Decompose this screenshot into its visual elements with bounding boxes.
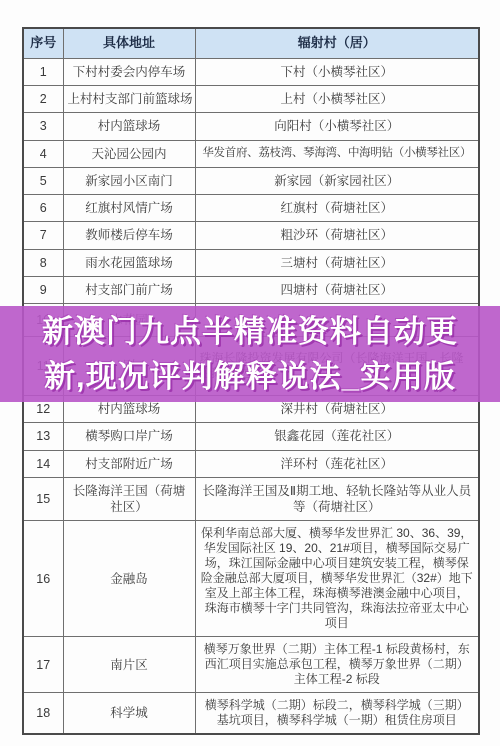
row-number-cell: 7 (23, 222, 63, 249)
row-number-cell: 13 (23, 423, 63, 450)
village-cell: 向阳村（小横琴社区） (195, 113, 479, 140)
table-row: 18 科学城 横琴科学城（二期）标段二，横琴科学城（三期）基坑项目，横琴科学城（… (23, 693, 479, 735)
address-cell: 长隆海洋王国（荷塘社区） (63, 477, 195, 521)
row-number-cell: 6 (23, 195, 63, 222)
row-number-cell: 14 (23, 450, 63, 477)
village-cell: 横琴科学城（二期）标段二，横琴科学城（三期）基坑项目，横琴科学城（一期）租赁住房… (195, 693, 479, 735)
table-row: 8 雨水花园篮球场 三塘村（荷塘社区） (23, 249, 479, 276)
table-row: 2 上村村支部门前篮球场 上村（小横琴社区） (23, 86, 479, 113)
village-cell: 上村（小横琴社区） (195, 86, 479, 113)
address-cell: 南片区 (63, 637, 195, 693)
table-row: 7 教师楼后停车场 粗沙环（荷塘社区） (23, 222, 479, 249)
village-cell: 华发首府、荔枝湾、琴海湾、中海明钻（小横琴社区） (195, 140, 479, 167)
row-number-cell: 4 (23, 140, 63, 167)
table-row: 9 村支部门前广场 四塘村（荷塘社区） (23, 276, 479, 303)
column-header-no: 序号 (23, 28, 63, 58)
village-cell: 洋环村（莲花社区） (195, 450, 479, 477)
village-cell: 三塘村（荷塘社区） (195, 249, 479, 276)
village-cell: 横琴万象世界（二期）主体工程-1 标段黄杨村，东西汇项目实施总承包工程，横琴万象… (195, 637, 479, 693)
row-number-cell: 15 (23, 477, 63, 521)
promo-banner-line1: 新澳门九点半精准资料自动更 (42, 309, 458, 354)
address-cell: 村支部附近广场 (63, 450, 195, 477)
address-cell: 新家园小区南门 (63, 167, 195, 194)
row-number-cell: 9 (23, 276, 63, 303)
village-cell: 红旗村（荷塘社区） (195, 195, 479, 222)
column-header-village: 辐射村（居） (195, 28, 479, 58)
page: 序号 具体地址 辐射村（居） 1 下村村委会内停车场 下村（小横琴社区） 2 上… (0, 0, 500, 746)
address-cell: 雨水花园篮球场 (63, 249, 195, 276)
row-number-cell: 17 (23, 637, 63, 693)
address-cell: 村内篮球场 (63, 113, 195, 140)
row-number-cell: 8 (23, 249, 63, 276)
row-number-cell: 3 (23, 113, 63, 140)
village-cell: 长隆海洋王国及Ⅱ期工地、轻轨长隆站等从业人员等（荷塘社区） (195, 477, 479, 521)
row-number-cell: 1 (23, 58, 63, 85)
table-row: 4 天沁园公园内 华发首府、荔枝湾、琴海湾、中海明钻（小横琴社区） (23, 140, 479, 167)
village-cell: 粗沙环（荷塘社区） (195, 222, 479, 249)
row-number-cell: 2 (23, 86, 63, 113)
address-cell: 科学城 (63, 693, 195, 735)
village-cell: 保利华南总部大厦、横琴华发世界汇 30、36、39，华发国际社区 19、20、2… (195, 521, 479, 637)
table-header-row: 序号 具体地址 辐射村（居） (23, 28, 479, 58)
table-row: 1 下村村委会内停车场 下村（小横琴社区） (23, 58, 479, 85)
table-row: 16 金融岛 保利华南总部大厦、横琴华发世界汇 30、36、39，华发国际社区 … (23, 521, 479, 637)
row-number-cell: 5 (23, 167, 63, 194)
village-cell: 四塘村（荷塘社区） (195, 276, 479, 303)
address-cell: 天沁园公园内 (63, 140, 195, 167)
address-cell: 下村村委会内停车场 (63, 58, 195, 85)
row-number-cell: 18 (23, 693, 63, 735)
village-cell: 新家园（新家园社区） (195, 167, 479, 194)
address-cell: 上村村支部门前篮球场 (63, 86, 195, 113)
address-cell: 教师楼后停车场 (63, 222, 195, 249)
column-header-address: 具体地址 (63, 28, 195, 58)
promo-banner-overlay[interactable]: 新澳门九点半精准资料自动更 新,现况评判解释说法_实用版 (0, 306, 500, 402)
promo-banner-line2: 新,现况评判解释说法_实用版 (44, 354, 456, 399)
address-cell: 红旗村风情广场 (63, 195, 195, 222)
address-cell: 横琴购口岸广场 (63, 423, 195, 450)
table-row: 15 长隆海洋王国（荷塘社区） 长隆海洋王国及Ⅱ期工地、轻轨长隆站等从业人员等（… (23, 477, 479, 521)
village-cell: 银鑫花园（莲花社区） (195, 423, 479, 450)
table-row: 17 南片区 横琴万象世界（二期）主体工程-1 标段黄杨村，东西汇项目实施总承包… (23, 637, 479, 693)
row-number-cell: 16 (23, 521, 63, 637)
village-cell: 下村（小横琴社区） (195, 58, 479, 85)
address-cell: 村支部门前广场 (63, 276, 195, 303)
table-row: 14 村支部附近广场 洋环村（莲花社区） (23, 450, 479, 477)
table-row: 13 横琴购口岸广场 银鑫花园（莲花社区） (23, 423, 479, 450)
table-row: 5 新家园小区南门 新家园（新家园社区） (23, 167, 479, 194)
table-row: 6 红旗村风情广场 红旗村（荷塘社区） (23, 195, 479, 222)
address-cell: 金融岛 (63, 521, 195, 637)
table-row: 3 村内篮球场 向阳村（小横琴社区） (23, 113, 479, 140)
